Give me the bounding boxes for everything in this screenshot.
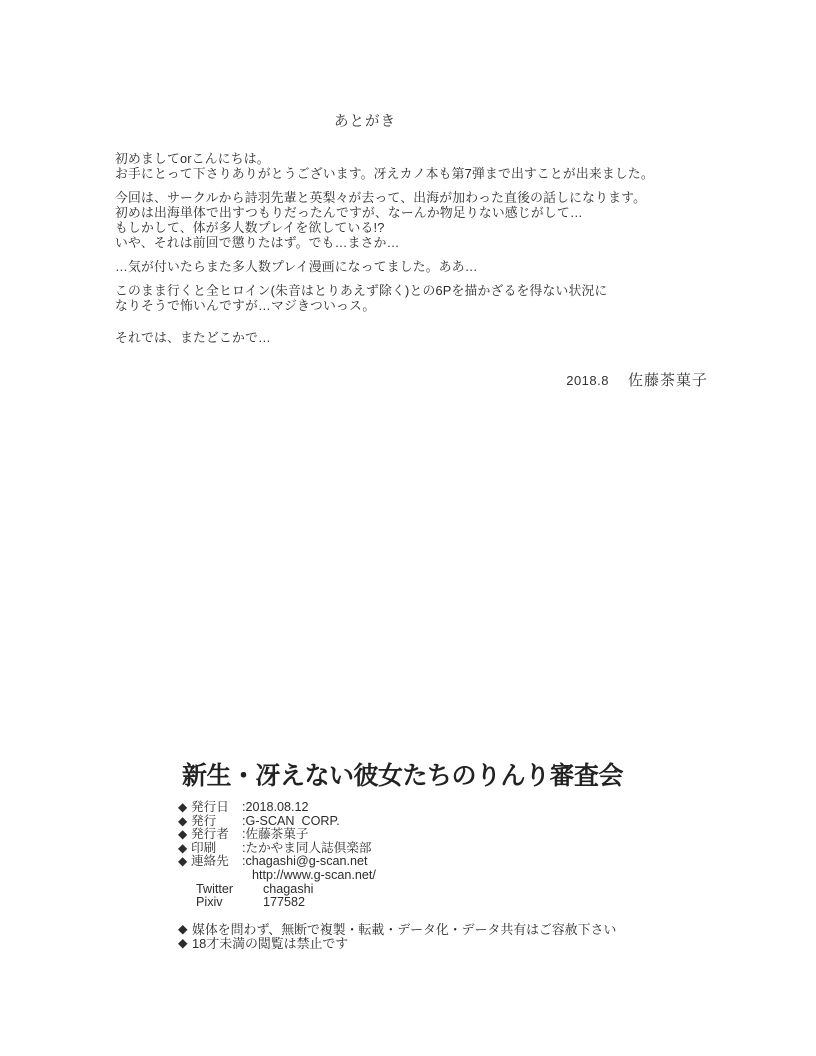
afterword-heading: あとがき [0, 110, 730, 131]
afterword-line: 初めは出海単体で出すつもりだったんですが、なーんか物足りない感じがして… [115, 205, 695, 220]
diamond-bullet-icon: ◆ [178, 828, 191, 842]
colophon-value: chagashi [263, 883, 313, 897]
afterword-line: もしかして、体が多人数プレイを欲している!? [115, 220, 695, 235]
diamond-bullet-icon [178, 896, 196, 910]
afterword-line: …気が付いたらまた多人数プレイ漫画になってました。ああ… [115, 259, 695, 274]
colophon-label: 発行日 [191, 801, 242, 815]
colophon-row: ◆発行者:佐藤茶菓子 [178, 828, 376, 842]
afterword-paragraph: …気が付いたらまた多人数プレイ漫画になってました。ああ… [115, 259, 695, 274]
signature-author: 佐藤茶菓子 [628, 372, 708, 389]
colophon-row: ◆連絡先:chagashi@g-scan.net [178, 855, 376, 869]
notice-list: ◆媒体を問わず、無断で複製・転載・データ化・データ共有はご容赦下さい◆18才未満… [178, 923, 616, 951]
afterword-line: 初めましてorこんにちは。 [115, 151, 695, 166]
afterword-paragraph: 初めましてorこんにちは。お手にとって下さりありがとうございます。冴えカノ本も第… [115, 151, 695, 181]
diamond-bullet-icon: ◆ [178, 842, 191, 856]
colophon-row: Twitterchagashi [178, 883, 376, 897]
colophon-value: :chagashi@g-scan.net [242, 855, 368, 869]
colophon-label: Twitter [196, 883, 263, 897]
afterword-line: お手にとって下さりありがとうございます。冴えカノ本も第7弾まで出すことが出来まし… [115, 166, 695, 181]
colophon-label: 連絡先 [191, 855, 242, 869]
diamond-bullet-icon: ◆ [178, 815, 191, 829]
colophon-rows: ◆発行日:2018.08.12◆発行:G-SCAN CORP.◆発行者:佐藤茶菓… [178, 801, 376, 910]
afterword-line: それでは、またどこかで… [115, 330, 695, 345]
notice-text: 媒体を問わず、無断で複製・転載・データ化・データ共有はご容赦下さい [192, 923, 616, 937]
scanned-afterword-page: あとがき 初めましてorこんにちは。お手にとって下さりありがとうございます。冴え… [0, 0, 816, 1056]
afterword-paragraph: 今回は、サークルから詩羽先輩と英梨々が去って、出海が加わった直後の話しになります… [115, 190, 695, 250]
afterword-line: なりそうで怖いんですが…マジきついっス。 [115, 298, 695, 313]
afterword-line: このまま行くと全ヒロイン(朱音はとりあえず除く)との6Pを描かざるを得ない状況に [115, 283, 695, 298]
afterword-body: 初めましてorこんにちは。お手にとって下さりありがとうございます。冴えカノ本も第… [115, 151, 695, 354]
colophon-value: http://www.g-scan.net/ [252, 869, 376, 883]
signature-date: 2018.8 [566, 373, 609, 388]
notice-row: ◆媒体を問わず、無断で複製・転載・データ化・データ共有はご容赦下さい [178, 923, 616, 937]
colophon-label [191, 869, 242, 883]
colophon-row: ◆発行日:2018.08.12 [178, 801, 376, 815]
diamond-bullet-icon: ◆ [178, 937, 192, 951]
afterword-paragraph: このまま行くと全ヒロイン(朱音はとりあえず除く)との6Pを描かざるを得ない状況に… [115, 283, 695, 313]
colophon-value: :2018.08.12 [242, 801, 309, 815]
colophon-label: 発行者 [191, 828, 242, 842]
afterword-paragraph: それでは、またどこかで… [115, 330, 695, 345]
afterword-line: 今回は、サークルから詩羽先輩と英梨々が去って、出海が加わった直後の話しになります… [115, 190, 695, 205]
diamond-bullet-icon: ◆ [178, 923, 192, 937]
afterword-line: いや、それは前回で懲りたはず。でも…まさか… [115, 235, 695, 250]
colophon-value: :たかやま同人誌倶楽部 [242, 842, 371, 856]
colophon-value: :佐藤茶菓子 [242, 828, 308, 842]
colophon-row: Pixiv177582 [178, 896, 376, 910]
diamond-bullet-icon [178, 869, 191, 883]
book-title: 新生・冴えない彼女たちのりんり審査会 [182, 756, 623, 792]
colophon-value: 177582 [263, 896, 305, 910]
notice-row: ◆18才未満の閲覧は禁止です [178, 937, 616, 951]
notice-text: 18才未満の閲覧は禁止です [192, 937, 348, 951]
signature-line: 2018.8佐藤茶菓子 [0, 369, 708, 390]
diamond-bullet-icon: ◆ [178, 855, 191, 869]
colophon-row: http://www.g-scan.net/ [178, 869, 376, 883]
diamond-bullet-icon [178, 883, 196, 897]
colophon-label: Pixiv [196, 896, 263, 910]
diamond-bullet-icon: ◆ [178, 801, 191, 815]
